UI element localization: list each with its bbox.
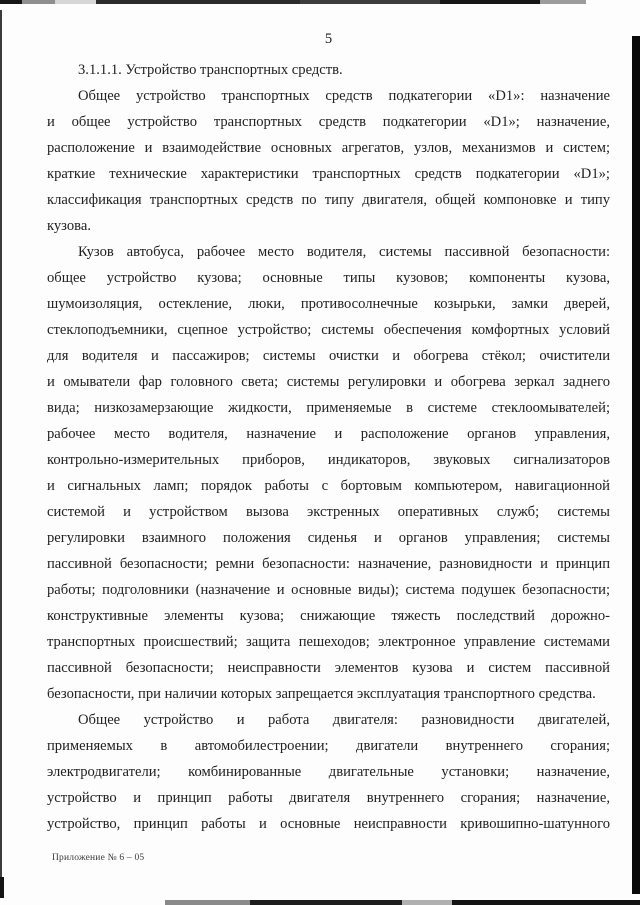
- scan-edge-segment: [300, 0, 440, 4]
- text-line: Общее устройство транспортных средств по…: [47, 83, 610, 109]
- text-line: транспортных происшествий; защита пешехо…: [47, 629, 610, 655]
- scan-edge-segment: [0, 0, 22, 4]
- page-number: 5: [47, 31, 610, 47]
- text-line: рабочее место водителя, назначение и рас…: [47, 421, 610, 447]
- paragraph: Общее устройство транспортных средств по…: [47, 83, 610, 239]
- text-line: системой и устройством вызова экстренных…: [47, 499, 610, 525]
- scan-edge-top: [0, 0, 640, 5]
- text-line: расположение и взаимодействие основных а…: [47, 135, 610, 161]
- text-line: и сигнальных ламп; порядок работы с борт…: [47, 473, 610, 499]
- text-line: применяемых в автомобилестроении; двигат…: [47, 733, 610, 759]
- paragraph: Общее устройство и работа двигателя: раз…: [47, 707, 610, 837]
- text-line: пассивной безопасности; неисправности эл…: [47, 655, 610, 681]
- text-line: для водителя и пассажиров; системы очист…: [47, 343, 610, 369]
- document-body: 3.1.1.1. Устройство транспортных средств…: [47, 57, 610, 837]
- text-line: конструктивные элементы кузова; снижающи…: [47, 603, 610, 629]
- text-line: электродвигатели; комбинированные двигат…: [47, 759, 610, 785]
- text-line: пассивной безопасности; ремни безопаснос…: [47, 551, 610, 577]
- paragraph: Кузов автобуса, рабочее место водителя, …: [47, 239, 610, 707]
- text-line: устройство и принцип работы двигателя вн…: [47, 785, 610, 811]
- scan-edge-segment: [250, 900, 402, 905]
- text-line: Кузов автобуса, рабочее место водителя, …: [47, 239, 610, 265]
- text-line: вида; низкозамерзающие жидкости, применя…: [47, 395, 610, 421]
- section-heading: 3.1.1.1. Устройство транспортных средств…: [47, 57, 610, 83]
- text-line: общее устройство кузова; основные типы к…: [47, 265, 610, 291]
- scan-edge-segment: [22, 0, 55, 4]
- scan-edge-segment: [55, 0, 96, 4]
- scan-edge-left: [0, 10, 2, 878]
- scan-mark-bottom-left: [0, 877, 4, 898]
- text-line: безопасности, при наличии которых запрещ…: [47, 681, 610, 707]
- scan-edge-segment: [96, 0, 300, 4]
- scan-edge-right: [632, 36, 640, 894]
- text-line: классификация транспортных средств по ти…: [47, 187, 610, 213]
- footer-note: Приложение № 6 – 05: [52, 852, 144, 864]
- text-line: и омыватели фар головного света; системы…: [47, 369, 610, 395]
- text-line: Общее устройство и работа двигателя: раз…: [47, 707, 610, 733]
- text-line: шумоизоляция, остекление, люки, противос…: [47, 291, 610, 317]
- document-page: 5 3.1.1.1. Устройство транспортных средс…: [0, 0, 640, 905]
- text-line: кузова.: [47, 213, 610, 239]
- scan-edge-segment: [540, 0, 586, 4]
- text-line: регулировки взаимного положения сиденья …: [47, 525, 610, 551]
- text-line: краткие технические характеристики транс…: [47, 161, 610, 187]
- scan-edge-segment: [452, 900, 640, 905]
- scan-edge-segment: [165, 900, 250, 905]
- text-line: 3.1.1.1. Устройство транспортных средств…: [47, 57, 610, 83]
- text-line: устройство, принцип работы и основные не…: [47, 811, 610, 837]
- scan-edge-segment: [440, 0, 540, 4]
- text-line: стеклоподъемники, сцепное устройство; си…: [47, 317, 610, 343]
- text-line: контрольно-измерительных приборов, индик…: [47, 447, 610, 473]
- scan-edge-bottom: [0, 899, 640, 905]
- scan-edge-segment: [402, 900, 452, 905]
- text-line: работы; подголовники (назначение и основ…: [47, 577, 610, 603]
- text-line: и общее устройство транспортных средств …: [47, 109, 610, 135]
